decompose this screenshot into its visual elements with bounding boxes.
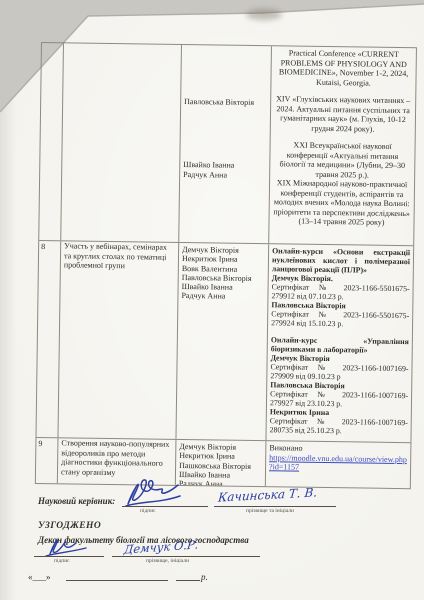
participant-name: Радчук Анна bbox=[183, 170, 269, 180]
participant-name: Павловська Вікторія bbox=[184, 97, 270, 107]
cell-row-number: 8 bbox=[36, 241, 61, 437]
signature-caption: підпис bbox=[54, 558, 70, 564]
supervisor-signature bbox=[118, 476, 188, 510]
activity-text: Створення науково-популярних відеороликі… bbox=[58, 438, 176, 478]
cell-participants: Демчук Вікторія Некритюк Ірина Вовк Вале… bbox=[176, 243, 269, 440]
activities-table: Павловська Вікторія Швайко Іванна Радчук… bbox=[35, 42, 417, 489]
agreed-heading: УЗГОДЖЕНО bbox=[38, 521, 101, 531]
conference-entry: XIX Міжнародної науково-практичної конфе… bbox=[270, 178, 415, 218]
supervisor-name-line bbox=[214, 506, 336, 507]
date-year-suffix: р. bbox=[201, 572, 208, 582]
cell-number-empty bbox=[39, 43, 64, 240]
course-title: Онлайн-курс «Управління біоризиками в ла… bbox=[268, 335, 412, 355]
name-caption: прізвище, ініціали bbox=[146, 558, 189, 564]
cell-activity-empty bbox=[61, 43, 182, 242]
signature-caption: підпис bbox=[140, 508, 156, 514]
certificate-number: Сертифікат № 2023-1166-1007169-279909 ві… bbox=[267, 362, 411, 382]
cell-details-courses: Онлайн-курси «Основи екстракції нуклеїно… bbox=[266, 244, 413, 442]
name-caption: прізвище та ініціали bbox=[246, 508, 294, 514]
certificate-number: Сертифікат № 2023-1166-1007169-280735 ві… bbox=[267, 416, 411, 436]
cell-participants: Павловська Вікторія Швайко Іванна Радчук… bbox=[179, 45, 272, 243]
participant-name: Радчук Анна bbox=[179, 479, 265, 486]
cell-details-status: Виконано https://moodle.vnu.edu.ua/cours… bbox=[266, 441, 411, 488]
certificate-number: Сертифікат № 2023-1166-1007169-279927 ві… bbox=[267, 389, 411, 409]
table-row-conferences: Павловська Вікторія Швайко Іванна Радчук… bbox=[39, 43, 416, 245]
conference-entry: XIV «Глухівських наукових читаннях – 202… bbox=[271, 94, 416, 134]
scanned-document-page: Павловська Вікторія Швайко Іванна Радчук… bbox=[0, 0, 424, 600]
conference-entry: XXI Всеукраїнської наукової конференції … bbox=[270, 140, 415, 180]
scan-smudge bbox=[246, 9, 282, 20]
dean-name-line bbox=[112, 556, 260, 557]
cell-details-conferences: Practical Conference «CURRENT PROBLEMS O… bbox=[269, 46, 416, 245]
supervisor-signature-line bbox=[122, 506, 208, 507]
cell-row-number: 9 bbox=[36, 438, 59, 483]
dean-signature-line bbox=[34, 556, 104, 557]
moodle-course-link[interactable]: https://moodle.vnu.edu.ua/course/view.ph… bbox=[266, 453, 410, 474]
certificate-number: Сертифікат № 2023-1166-5501675-279924 ві… bbox=[268, 309, 412, 329]
cell-participants: Демчук Вікторія Некритюк Ірина Пашковськ… bbox=[176, 440, 267, 486]
date-month-line bbox=[66, 580, 168, 581]
date-year-line bbox=[176, 580, 200, 581]
table-row-8: 8 Участь у вебінарах, семінарах та кругл… bbox=[36, 240, 413, 442]
table-row-9: 9 Створення науково-популярних відеороли… bbox=[36, 437, 411, 488]
activity-text: Участь у вебінарах, семінарах та круглих… bbox=[61, 241, 178, 271]
date-day-placeholder: «___» bbox=[28, 572, 51, 582]
course-title: Онлайн-курси «Основи екстракції нуклеїно… bbox=[269, 246, 413, 275]
participant-name: Радчук Анна bbox=[181, 291, 267, 301]
cell-activity: Участь у вебінарах, семінарах та круглих… bbox=[58, 241, 179, 439]
conference-entry: Practical Conference «CURRENT PROBLEMS O… bbox=[271, 48, 416, 88]
supervisor-label: Науковий керівник: bbox=[38, 496, 115, 506]
certificate-number: Сертифікат № 2023-1166-5501675-279912 ві… bbox=[268, 282, 412, 302]
